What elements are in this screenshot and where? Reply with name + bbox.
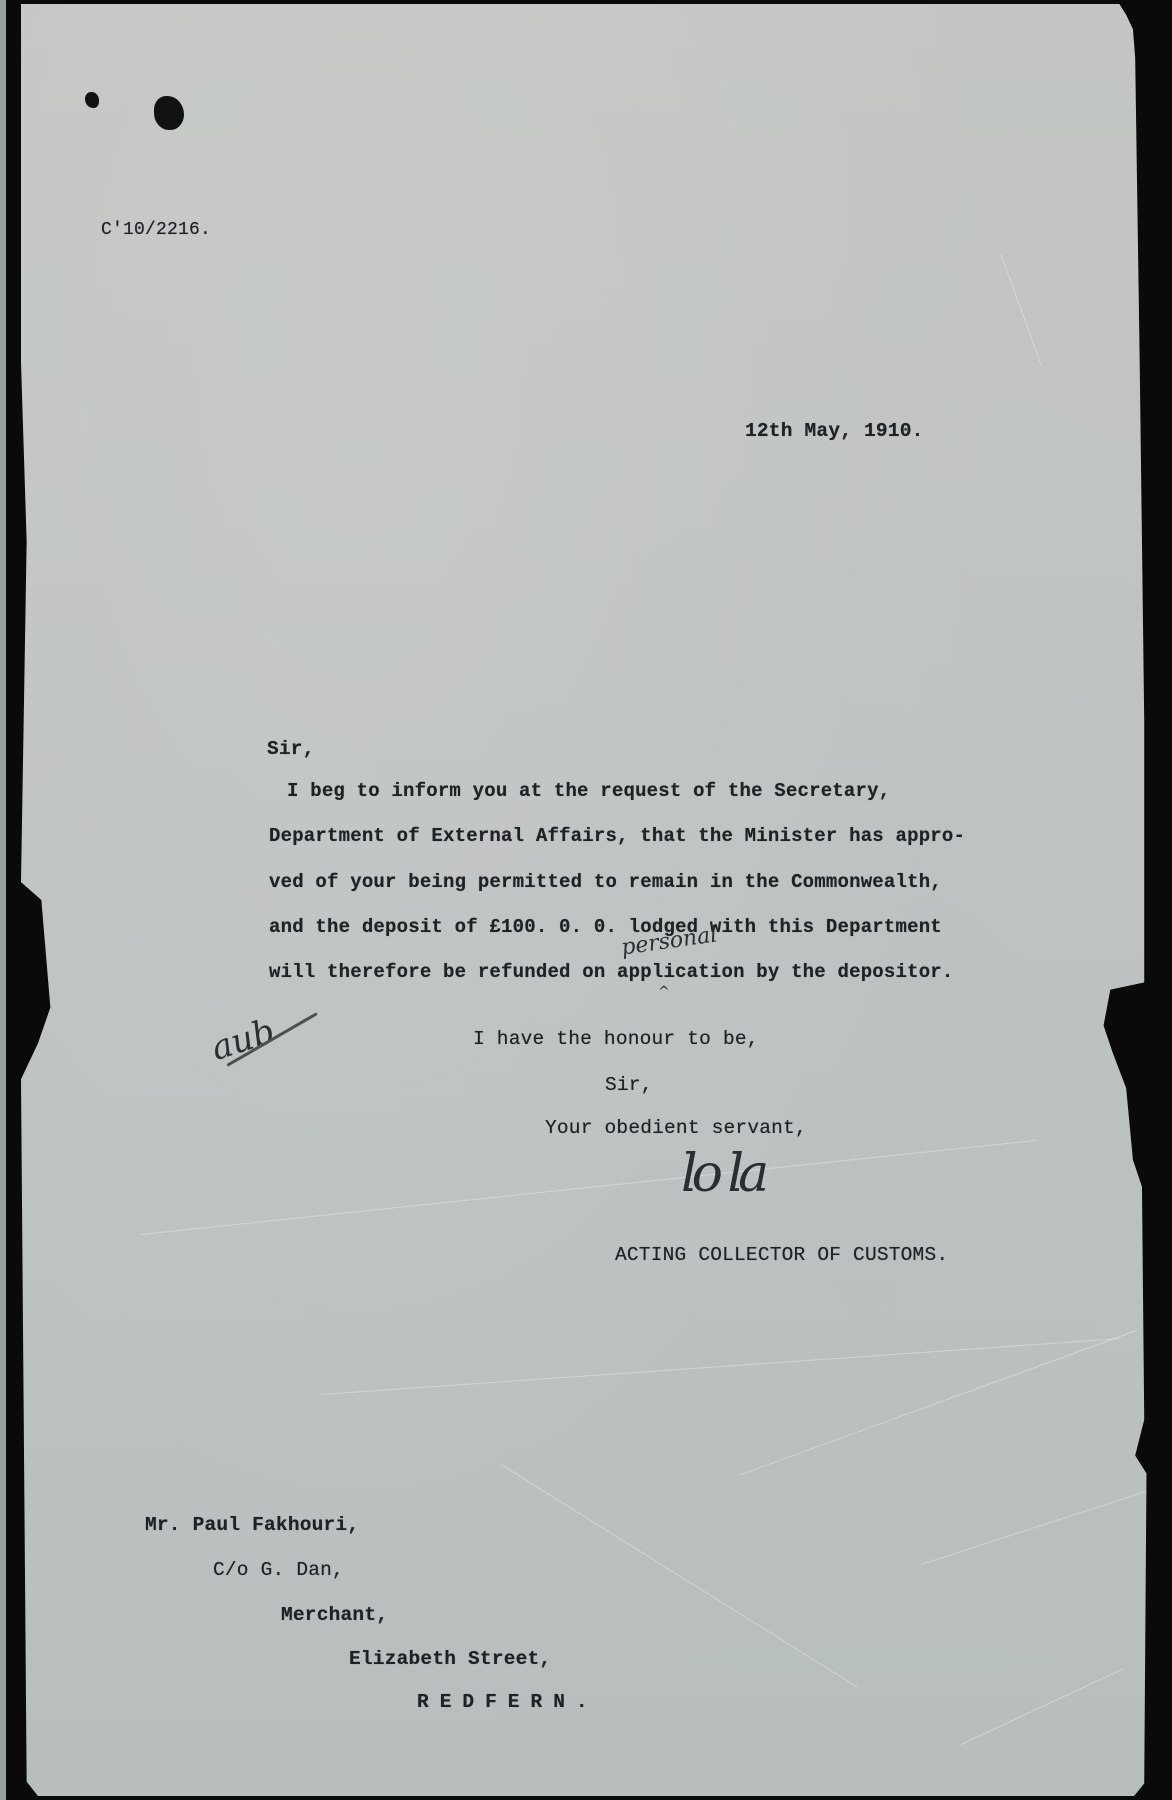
addressee-street: Elizabeth Street,: [349, 1648, 551, 1670]
punch-hole: [154, 96, 184, 130]
paper-crease: [961, 1668, 1125, 1745]
paper-sheet: C'10/2216. 12th May, 1910. Sir, I beg to…: [21, 4, 1151, 1796]
insertion-caret: ^: [658, 984, 670, 1000]
paper-crease: [921, 1487, 1159, 1565]
paper-crease: [1001, 254, 1043, 367]
reference-number: C'10/2216.: [101, 220, 211, 240]
scanned-letter: C'10/2216. 12th May, 1910. Sir, I beg to…: [0, 0, 1172, 1800]
scanner-edge: [0, 0, 6, 1800]
paper-crease: [741, 1330, 1136, 1475]
addressee-care-of: C/o G. Dan,: [213, 1559, 344, 1581]
closing-line-2: Sir,: [605, 1074, 653, 1096]
paper-crease: [141, 1140, 1036, 1235]
paper-crease: [501, 1464, 858, 1687]
paper-crease: [321, 1338, 1119, 1395]
addressee-name: Mr. Paul Fakhouri,: [145, 1514, 359, 1536]
letter-date: 12th May, 1910.: [745, 420, 924, 442]
punch-hole: [85, 92, 99, 108]
body-line-1: I beg to inform you at the request of th…: [229, 780, 890, 802]
signatory-title: ACTING COLLECTOR OF CUSTOMS.: [615, 1244, 948, 1266]
body-line-2: Department of External Affairs, that the…: [269, 825, 965, 847]
body-line-4: and the deposit of £100. 0. 0. lodged wi…: [269, 916, 942, 938]
salutation: Sir,: [267, 738, 315, 760]
addressee-suburb: REDFERN.: [417, 1691, 599, 1713]
addressee-occupation: Merchant,: [281, 1604, 388, 1626]
closing-line-1: I have the honour to be,: [473, 1028, 759, 1050]
body-line-3: ved of your being permitted to remain in…: [269, 871, 942, 893]
signature: lo la: [681, 1144, 763, 1204]
closing-line-3: Your obedient servant,: [545, 1117, 807, 1139]
body-line-5: will therefore be refunded on applicatio…: [269, 961, 954, 983]
